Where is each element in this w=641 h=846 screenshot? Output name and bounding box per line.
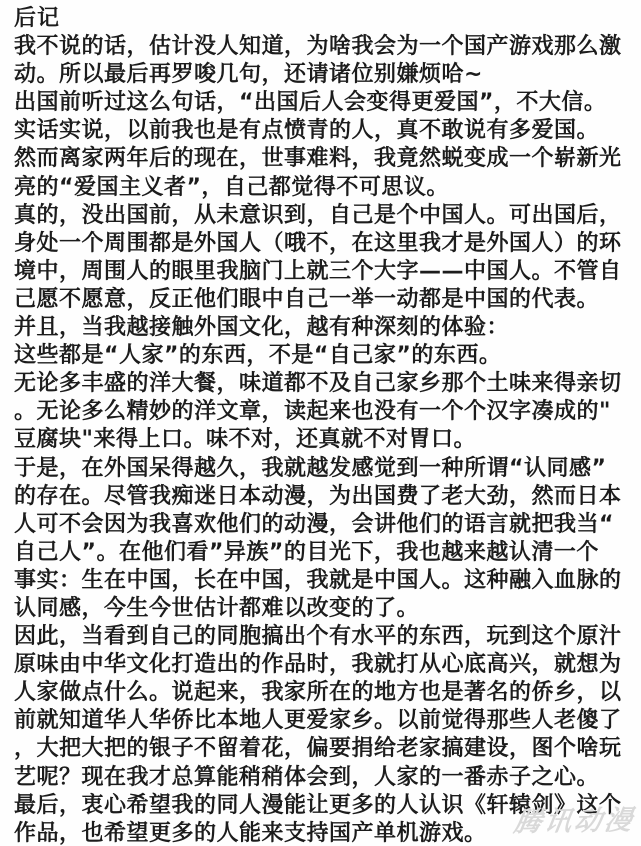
- body-lines: 我不说的话，估计没人知道，为啥我会为一个国产游戏那么激动。所以最后再罗唆几句，还…: [14, 33, 635, 846]
- page-title: 后记: [14, 5, 635, 33]
- text-line: 真的，没出国前，从未意识到，自己是个中国人。可出国后，: [14, 202, 635, 230]
- text-line: 作品，也希望更多的人能来支持国产单机游戏。: [14, 820, 635, 846]
- text-line: 身处一个周围都是外国人（哦不，在这里我才是外国人）的环: [14, 230, 635, 258]
- text-line: 实话实说，以前我也是有点愤青的人，真不敢说有多爱国。: [14, 117, 635, 145]
- text-line: 动。所以最后再罗唆几句，还请诸位别嫌烦哈~: [14, 61, 635, 89]
- text-line: 这些都是“人家”的东西，不是“自己家”的东西。: [14, 342, 635, 370]
- afterword-page: 后记 我不说的话，估计没人知道，为啥我会为一个国产游戏那么激动。所以最后再罗唆几…: [0, 0, 641, 846]
- text-line: 并且，当我越接触外国文化，越有种深刻的体验：: [14, 314, 635, 342]
- text-line: 然而离家两年后的现在，世事难料，我竟然蜕变成一个崭新光: [14, 145, 635, 173]
- text-line: 我不说的话，估计没人知道，为啥我会为一个国产游戏那么激: [14, 33, 635, 61]
- text-line: 前就知道华人华侨比本地人更爱家乡。以前觉得那些人老傻了: [14, 707, 635, 735]
- text-line: 事实：生在中国，长在中国，我就是中国人。这种融入血脉的: [14, 567, 635, 595]
- text-line: 亮的“爱国主义者”，自己都觉得不可思议。: [14, 174, 635, 202]
- text-line: 因此，当看到自己的同胞搞出个有水平的东西，玩到这个原汁: [14, 623, 635, 651]
- text-line: 于是，在外国呆得越久，我就越发感觉到一种所谓“认同感”: [14, 455, 635, 483]
- text-line: 最后，衷心希望我的同人漫能让更多的人认识《轩辕剑》这个: [14, 792, 635, 820]
- text-line: 的存在。尽管我痴迷日本动漫，为出国费了老大劲，然而日本: [14, 483, 635, 511]
- text-line: 豆腐块"来得上口。味不对，还真就不对胃口。: [14, 426, 635, 454]
- text-line: ，大把大把的银子不留着花，偏要捐给老家搞建设，图个啥玩: [14, 735, 635, 763]
- text-line: 自己人”。在他们看”异族”的目光下，我也越来越认清一个: [14, 539, 635, 567]
- text-line: 出国前听过这么句话，“出国后人会变得更爱国”，不大信。: [14, 89, 635, 117]
- text-line: 认同感，今生今世估计都难以改变的了。: [14, 595, 635, 623]
- text-line: 人可不会因为我喜欢他们的动漫，会讲他们的语言就把我当“: [14, 511, 635, 539]
- text-line: 己愿不愿意，反正他们眼中自己一举一动都是中国的代表。: [14, 286, 635, 314]
- text-line: 境中，周围人的眼里我脑门上就三个大字——中国人。不管自: [14, 258, 635, 286]
- text-line: 。无论多么精妙的洋文章，读起来也没有一个个汉字凑成的": [14, 398, 635, 426]
- text-line: 人家做点什么。说起来，我家所在的地方也是著名的侨乡，以: [14, 679, 635, 707]
- text-line: 艺呢？现在我才总算能稍稍体会到，人家的一番赤子之心。: [14, 764, 635, 792]
- text-line: 原味由中华文化打造出的作品时，我就打从心底高兴，就想为: [14, 651, 635, 679]
- text-line: 无论多丰盛的洋大餐，味道都不及自己家乡那个土味来得亲切: [14, 370, 635, 398]
